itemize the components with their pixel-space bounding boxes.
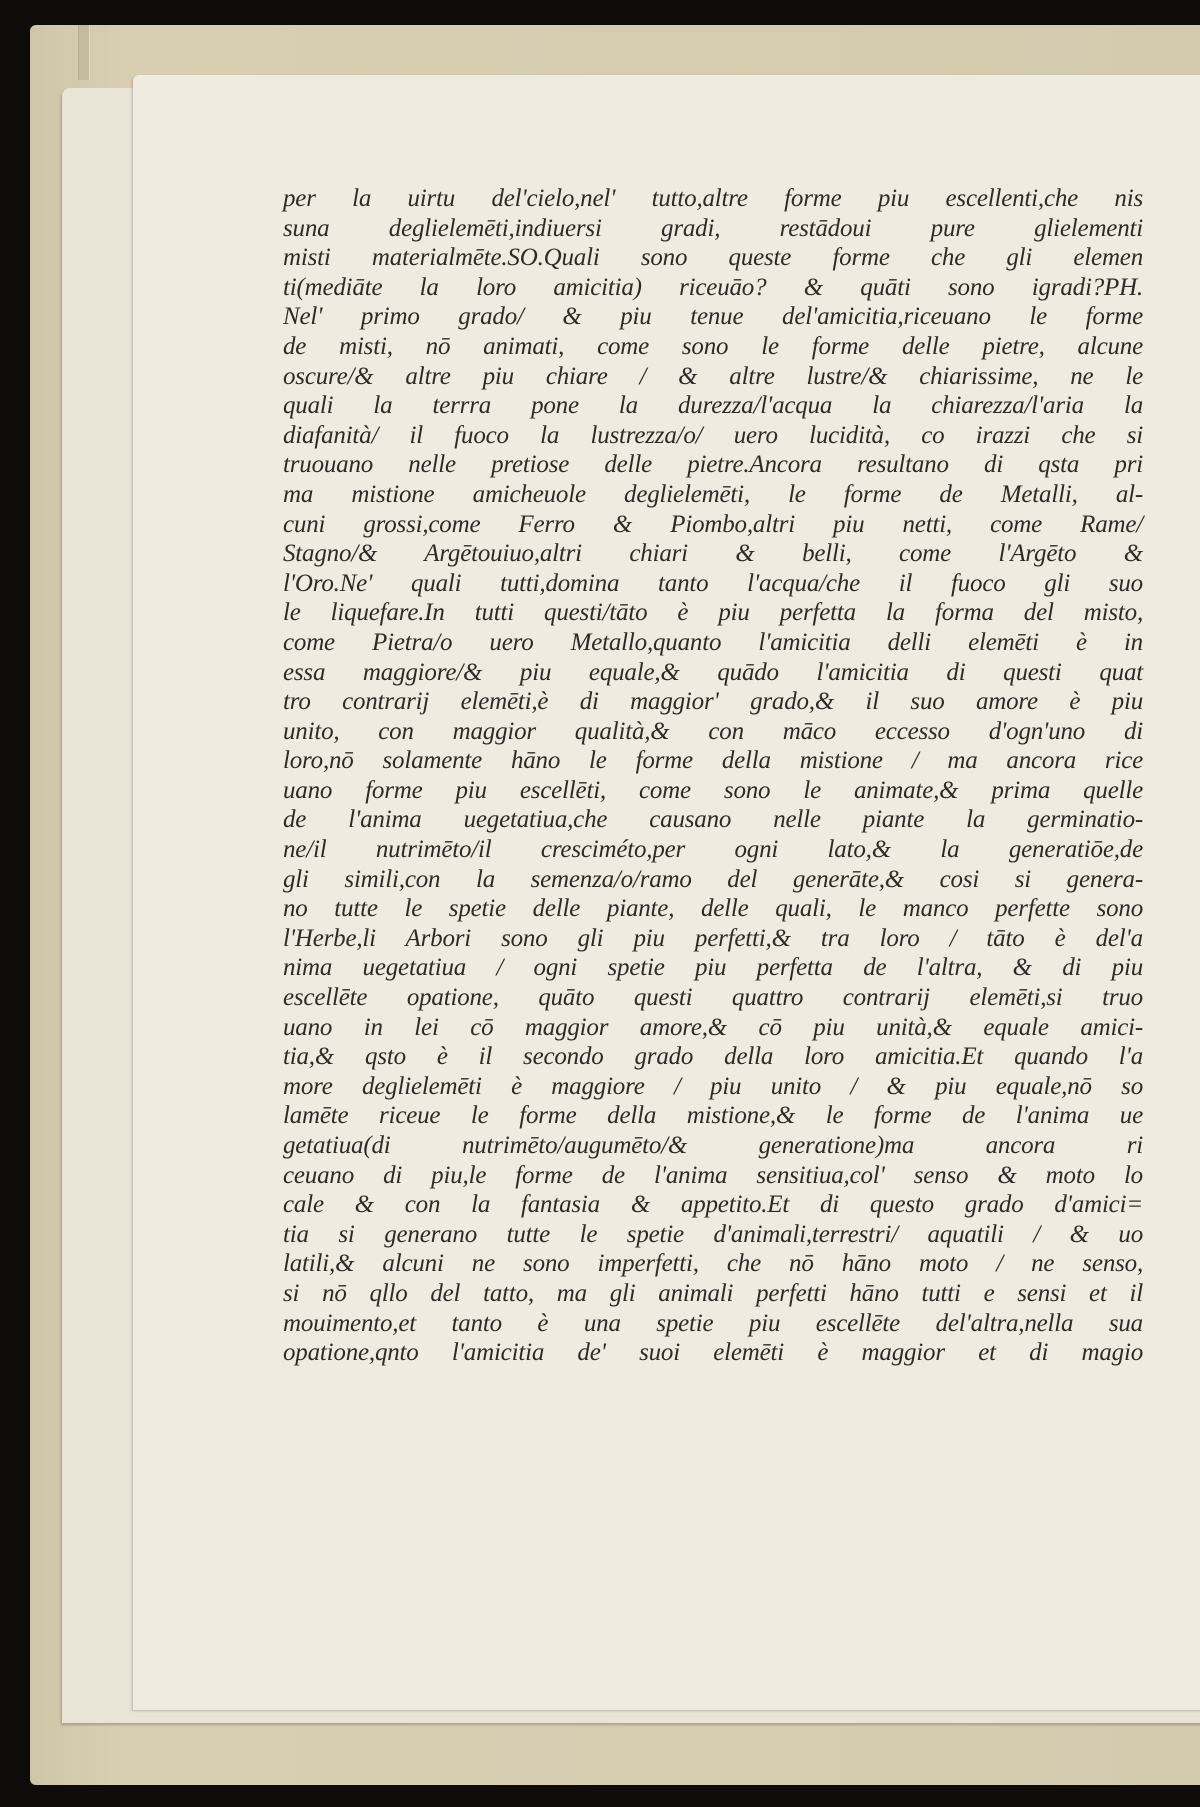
text-line: cale & con la fantasia & appetito.Et di … <box>283 1190 1143 1220</box>
text-line: ceuano di piu,le forme de l'anima sensit… <box>283 1161 1143 1191</box>
text-line: loro,nō solamente hāno le forme della mi… <box>283 746 1143 776</box>
text-line: tia,& qsto è il secondo grado della loro… <box>283 1042 1143 1072</box>
text-line: unito, con maggior qualità,& con māco ec… <box>283 717 1143 747</box>
text-line: truouano nelle pretiose delle pietre.Anc… <box>283 450 1143 480</box>
text-line: lamēte riceue le forme della mistione,& … <box>283 1101 1143 1131</box>
text-line: Nel' primo grado/ & piu tenue del'amicit… <box>283 302 1143 332</box>
text-line: come Pietra/o uero Metallo,quanto l'amic… <box>283 628 1143 658</box>
text-line: mouimento,et tanto è una spetie piu esce… <box>283 1309 1143 1339</box>
text-line: le liquefare.In tutti questi/tāto è piu … <box>283 598 1143 628</box>
text-line: l'Oro.Ne' quali tutti,domina tanto l'acq… <box>283 569 1143 599</box>
text-line: per la uirtu del'cielo,nel' tutto,altre … <box>283 184 1143 214</box>
binding-hinge <box>78 25 90 80</box>
text-line: uano forme piu escellēti, come sono le a… <box>283 776 1143 806</box>
text-line: tro contrarij elemēti,è di maggior' grad… <box>283 687 1143 717</box>
text-line: no tutte le spetie delle piante, delle q… <box>283 894 1143 924</box>
text-line: nima uegetatiua / ogni spetie piu perfet… <box>283 953 1143 983</box>
text-line: gli simili,con la semenza/o/ramo del gen… <box>283 865 1143 895</box>
text-line: tia si generano tutte le spetie d'animal… <box>283 1220 1143 1250</box>
text-line: opatione,qnto l'amicitia de' suoi elemēt… <box>283 1338 1143 1368</box>
text-line: suna deglielemēti,indiuersi gradi, restā… <box>283 214 1143 244</box>
text-line: more deglielemēti è maggiore / piu unito… <box>283 1072 1143 1102</box>
text-line: ne/il nutrimēto/il cresciméto,per ogni l… <box>283 835 1143 865</box>
text-line: misti materialmēte.SO.Quali sono queste … <box>283 243 1143 273</box>
text-line: Stagno/& Argētouiuo,altri chiari & belli… <box>283 539 1143 569</box>
text-line: getatiua(di nutrimēto/augumēto/& generat… <box>283 1131 1143 1161</box>
text-line: diafanità/ il fuoco la lustrezza/o/ uero… <box>283 421 1143 451</box>
text-line: de l'anima uegetatiua,che causano nelle … <box>283 805 1143 835</box>
text-line: si nō qllo del tatto, ma gli animali per… <box>283 1279 1143 1309</box>
page-text-block: per la uirtu del'cielo,nel' tutto,altre … <box>283 184 1143 1368</box>
text-line: escellēte opatione, quāto questi quattro… <box>283 983 1143 1013</box>
text-line: ti(mediāte la loro amicitia) riceuāo? & … <box>283 273 1143 303</box>
text-line: cuni grossi,come Ferro & Piombo,altri pi… <box>283 510 1143 540</box>
text-line: latili,& alcuni ne sono imperfetti, che … <box>283 1249 1143 1279</box>
text-line: essa maggiore/& piu equale,& quādo l'ami… <box>283 658 1143 688</box>
text-line: uano in lei cō maggior amore,& cō piu un… <box>283 1013 1143 1043</box>
text-line: de misti, nō animati, come sono le forme… <box>283 332 1143 362</box>
text-line: oscure/& altre piu chiare / & altre lust… <box>283 362 1143 392</box>
text-line: ma mistione amicheuole deglielemēti, le … <box>283 480 1143 510</box>
text-line: quali la terrra pone la durezza/l'acqua … <box>283 391 1143 421</box>
text-line: l'Herbe,li Arbori sono gli piu perfetti,… <box>283 924 1143 954</box>
